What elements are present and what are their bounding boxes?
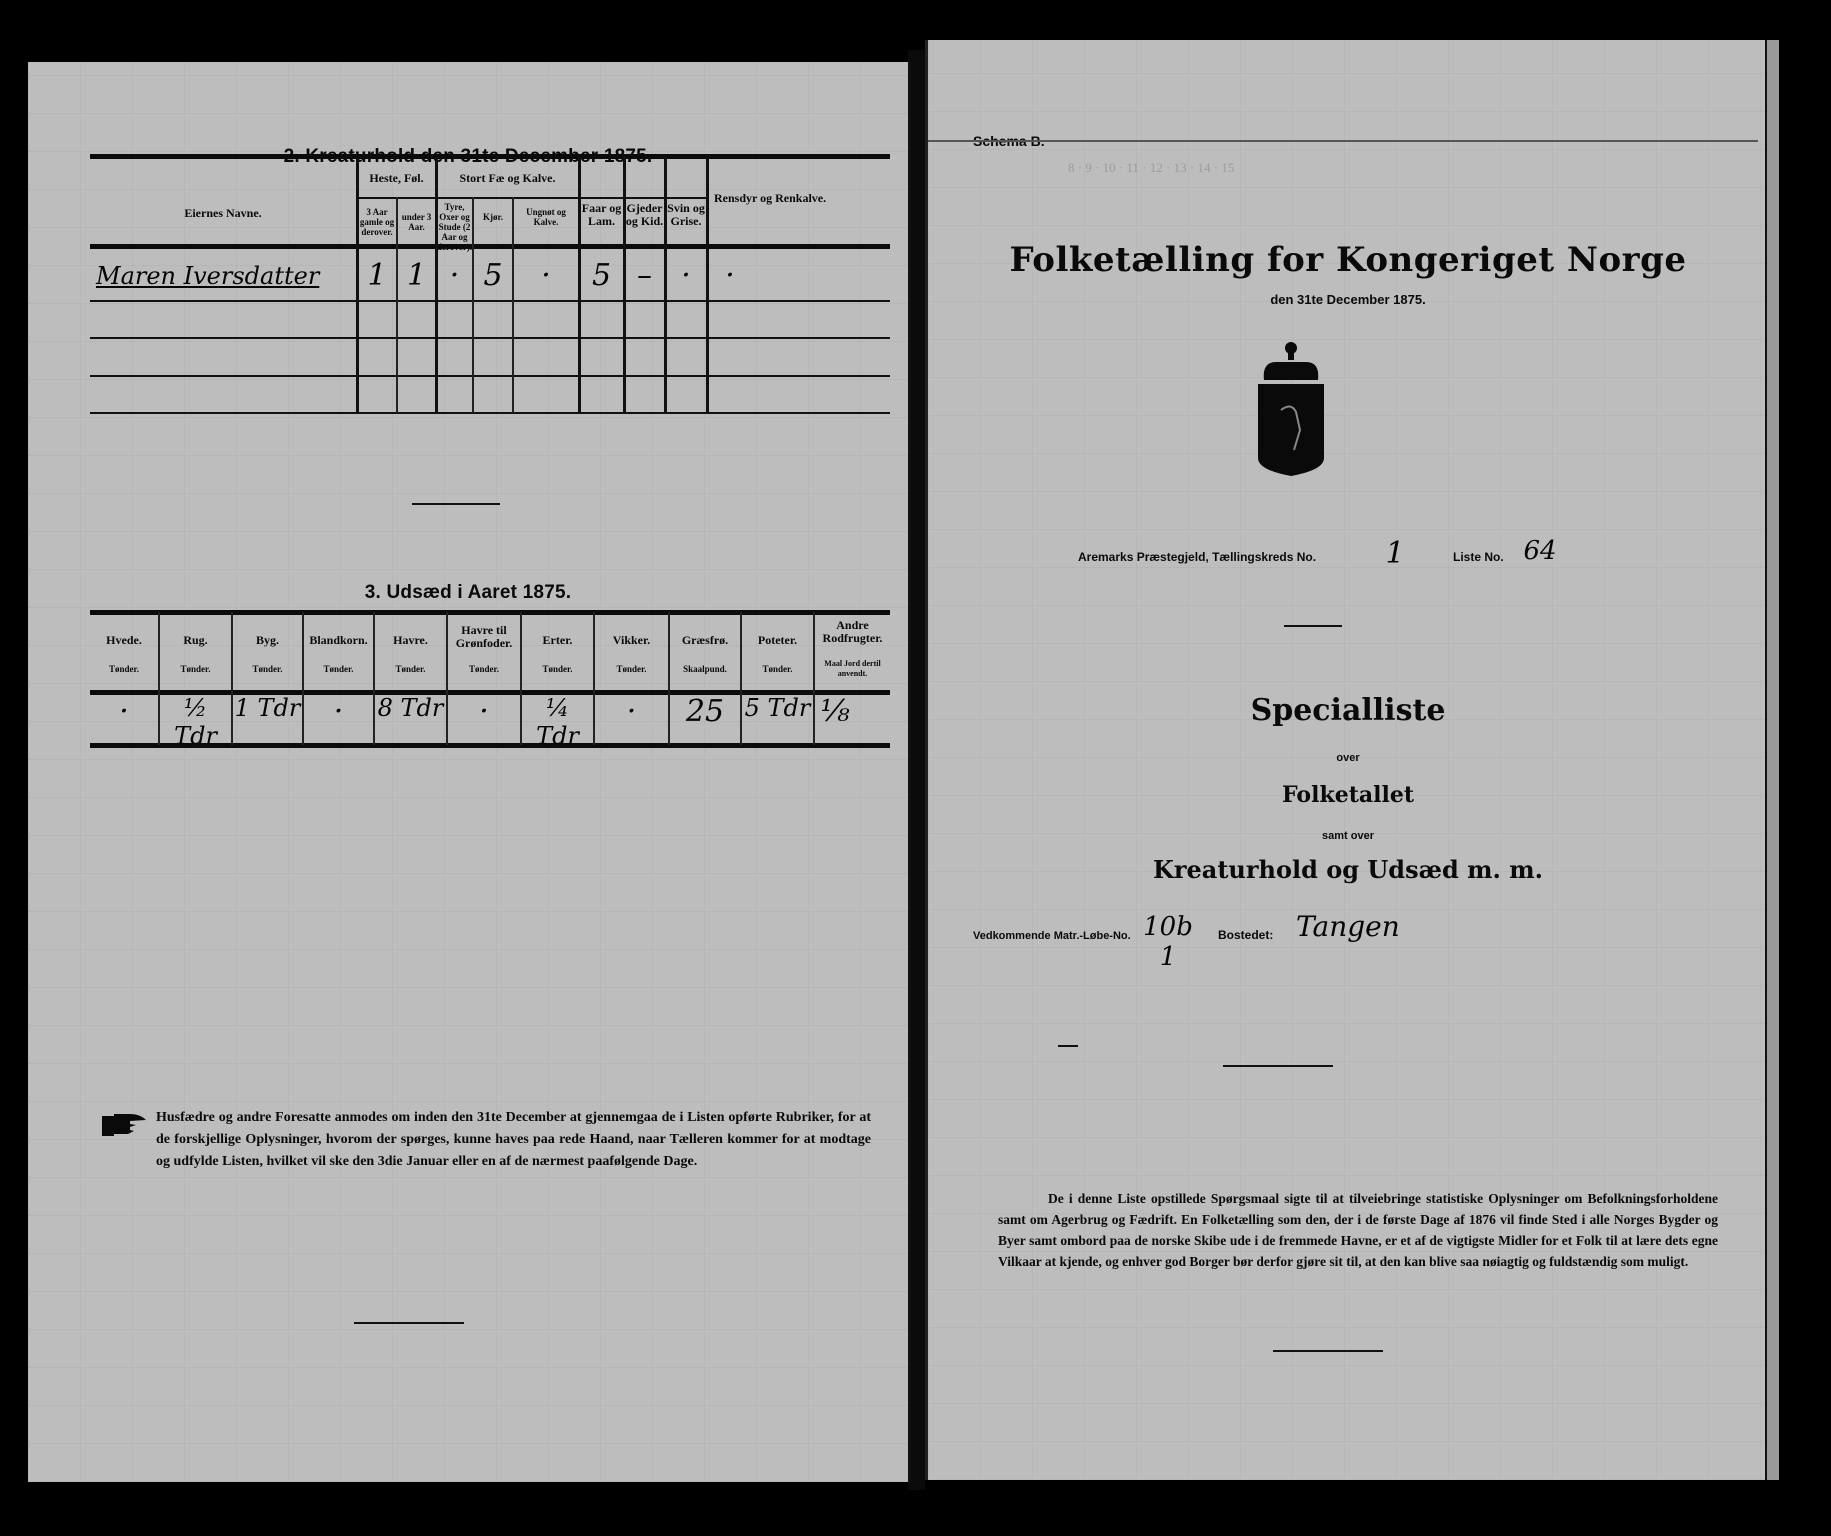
unit-label: Tønder.: [233, 664, 302, 674]
col-mixed-grain: Blandkorn.: [304, 634, 373, 647]
col-vetch: Vikker.: [595, 634, 668, 647]
col-sheep: Faar og Lam.: [580, 202, 623, 228]
unit-label: Tønder.: [448, 664, 520, 674]
col-other-roots: Andre Rodfrugter.: [815, 619, 890, 645]
col-barley: Byg.: [233, 634, 302, 647]
bleed-through-columns: 8 · 9 · 10 · 11 · 12 · 13 · 14 · 15: [1068, 160, 1234, 176]
col-grass-seed: Græsfrø.: [670, 634, 740, 647]
divider: [1058, 1045, 1078, 1047]
col-cattle: Stort Fæ og Kalve.: [437, 172, 578, 185]
col-owner-name: Eiernes Navne.: [90, 207, 356, 220]
sheep-value: 5: [580, 258, 623, 293]
col-green-fodder-oats: Havre til Grønfoder.: [448, 624, 520, 650]
owner-name-value: Maren Iversdatter: [96, 262, 346, 290]
header-rule: [928, 140, 1758, 142]
divider: [1273, 1350, 1383, 1352]
wheat-value: ·: [90, 694, 158, 729]
other-roots-value: ⅛: [815, 694, 855, 729]
col-horses-old: 3 Aar gamle og derover.: [358, 207, 396, 237]
matr-label: Vedkommende Matr.-Løbe-No.: [973, 930, 1131, 942]
unit-label: Tønder.: [304, 664, 373, 674]
horses-young-value: 1: [398, 258, 435, 293]
page-edge: [1765, 40, 1779, 1480]
vetch-value: ·: [595, 694, 668, 729]
reindeer-value: ·: [708, 258, 752, 293]
col-pigs: Svin og Grise.: [666, 202, 706, 228]
potatoes-value: 5 Tdr: [742, 694, 813, 722]
goats-value: –: [625, 258, 664, 293]
parish-label: Aremarks Præstegjeld, Tællingskreds No.: [1078, 550, 1316, 564]
bostedet-value: Tangen: [1296, 910, 1416, 943]
notice-text: Husfædre og andre Foresatte anmodes om i…: [156, 1107, 871, 1173]
divider: [412, 503, 500, 505]
divider: [354, 1322, 464, 1324]
col-potatoes: Poteter.: [742, 634, 813, 647]
unit-label: Tønder.: [595, 664, 668, 674]
col-reindeer: Rensdyr og Renkalve.: [708, 192, 896, 205]
folketallet-heading: Folketallet: [928, 782, 1768, 808]
young-cattle-value: ·: [514, 258, 578, 293]
unit-label: Skaalpund.: [670, 664, 740, 674]
pigs-value: ·: [666, 258, 706, 293]
unit-label: Maal Jord dertil anvendt.: [815, 659, 890, 679]
bostedet-label: Bostedet:: [1218, 928, 1273, 942]
col-oats: Havre.: [375, 634, 446, 647]
left-page: 2. Kreaturhold den 31te December 1875. E…: [28, 62, 911, 1482]
mixed-grain-value: ·: [304, 694, 373, 729]
col-bulls: Tyre, Oxer og Stude (2 Aar og derover).: [437, 202, 472, 252]
district-number: 1: [1380, 536, 1410, 571]
intro-paragraph: De i denne Liste opstillede Spørgsmaal s…: [998, 1188, 1718, 1272]
list-number: 64: [1520, 536, 1560, 566]
green-fodder-value: ·: [448, 694, 520, 729]
oats-value: 8 Tdr: [375, 694, 446, 722]
col-horses: Heste, Føl.: [358, 172, 435, 185]
coat-of-arms-icon: [1256, 340, 1326, 480]
col-wheat: Hvede.: [90, 634, 158, 647]
rye-value: ½ Tdr: [160, 694, 231, 750]
unit-label: Tønder.: [522, 664, 593, 674]
section3-title: 3. Udsæd i Aaret 1875.: [28, 582, 908, 604]
samt-over-label: samt over: [928, 830, 1768, 842]
unit-label: Tønder.: [160, 664, 231, 674]
grass-seed-value: 25: [670, 694, 740, 729]
col-cows: Kjør.: [474, 212, 512, 222]
pointing-hand-icon: [100, 1112, 150, 1138]
list-label: Liste No.: [1453, 550, 1504, 564]
col-horses-young: under 3 Aar.: [398, 212, 435, 232]
right-page: 8 · 9 · 10 · 11 · 12 · 13 · 14 · 15 Sche…: [925, 40, 1768, 1480]
unit-label: Tønder.: [742, 664, 813, 674]
divider: [1223, 1065, 1333, 1067]
col-rye: Rug.: [160, 634, 231, 647]
col-peas: Erter.: [522, 634, 593, 647]
barley-value: 1 Tdr: [233, 694, 302, 722]
divider: [1284, 625, 1342, 627]
col-young-cattle: Ungnøt og Kalve.: [514, 207, 578, 227]
matr-number: 10b 1: [1133, 912, 1203, 972]
bulls-value: ·: [437, 258, 472, 293]
col-goats: Gjeder og Kid.: [625, 202, 664, 228]
unit-label: Tønder.: [375, 664, 446, 674]
specialliste-heading: Specialliste: [928, 693, 1768, 728]
document-date: den 31te December 1875.: [928, 292, 1768, 307]
peas-value: ¼ Tdr: [522, 694, 593, 750]
over-label: over: [928, 752, 1768, 764]
unit-label: Tønder.: [90, 664, 158, 674]
subheading: Kreaturhold og Udsæd m. m.: [928, 855, 1768, 884]
cows-value: 5: [474, 258, 512, 293]
document-title: Folketælling for Kongeriget Norge: [928, 240, 1768, 280]
horses-old-value: 1: [358, 258, 396, 293]
